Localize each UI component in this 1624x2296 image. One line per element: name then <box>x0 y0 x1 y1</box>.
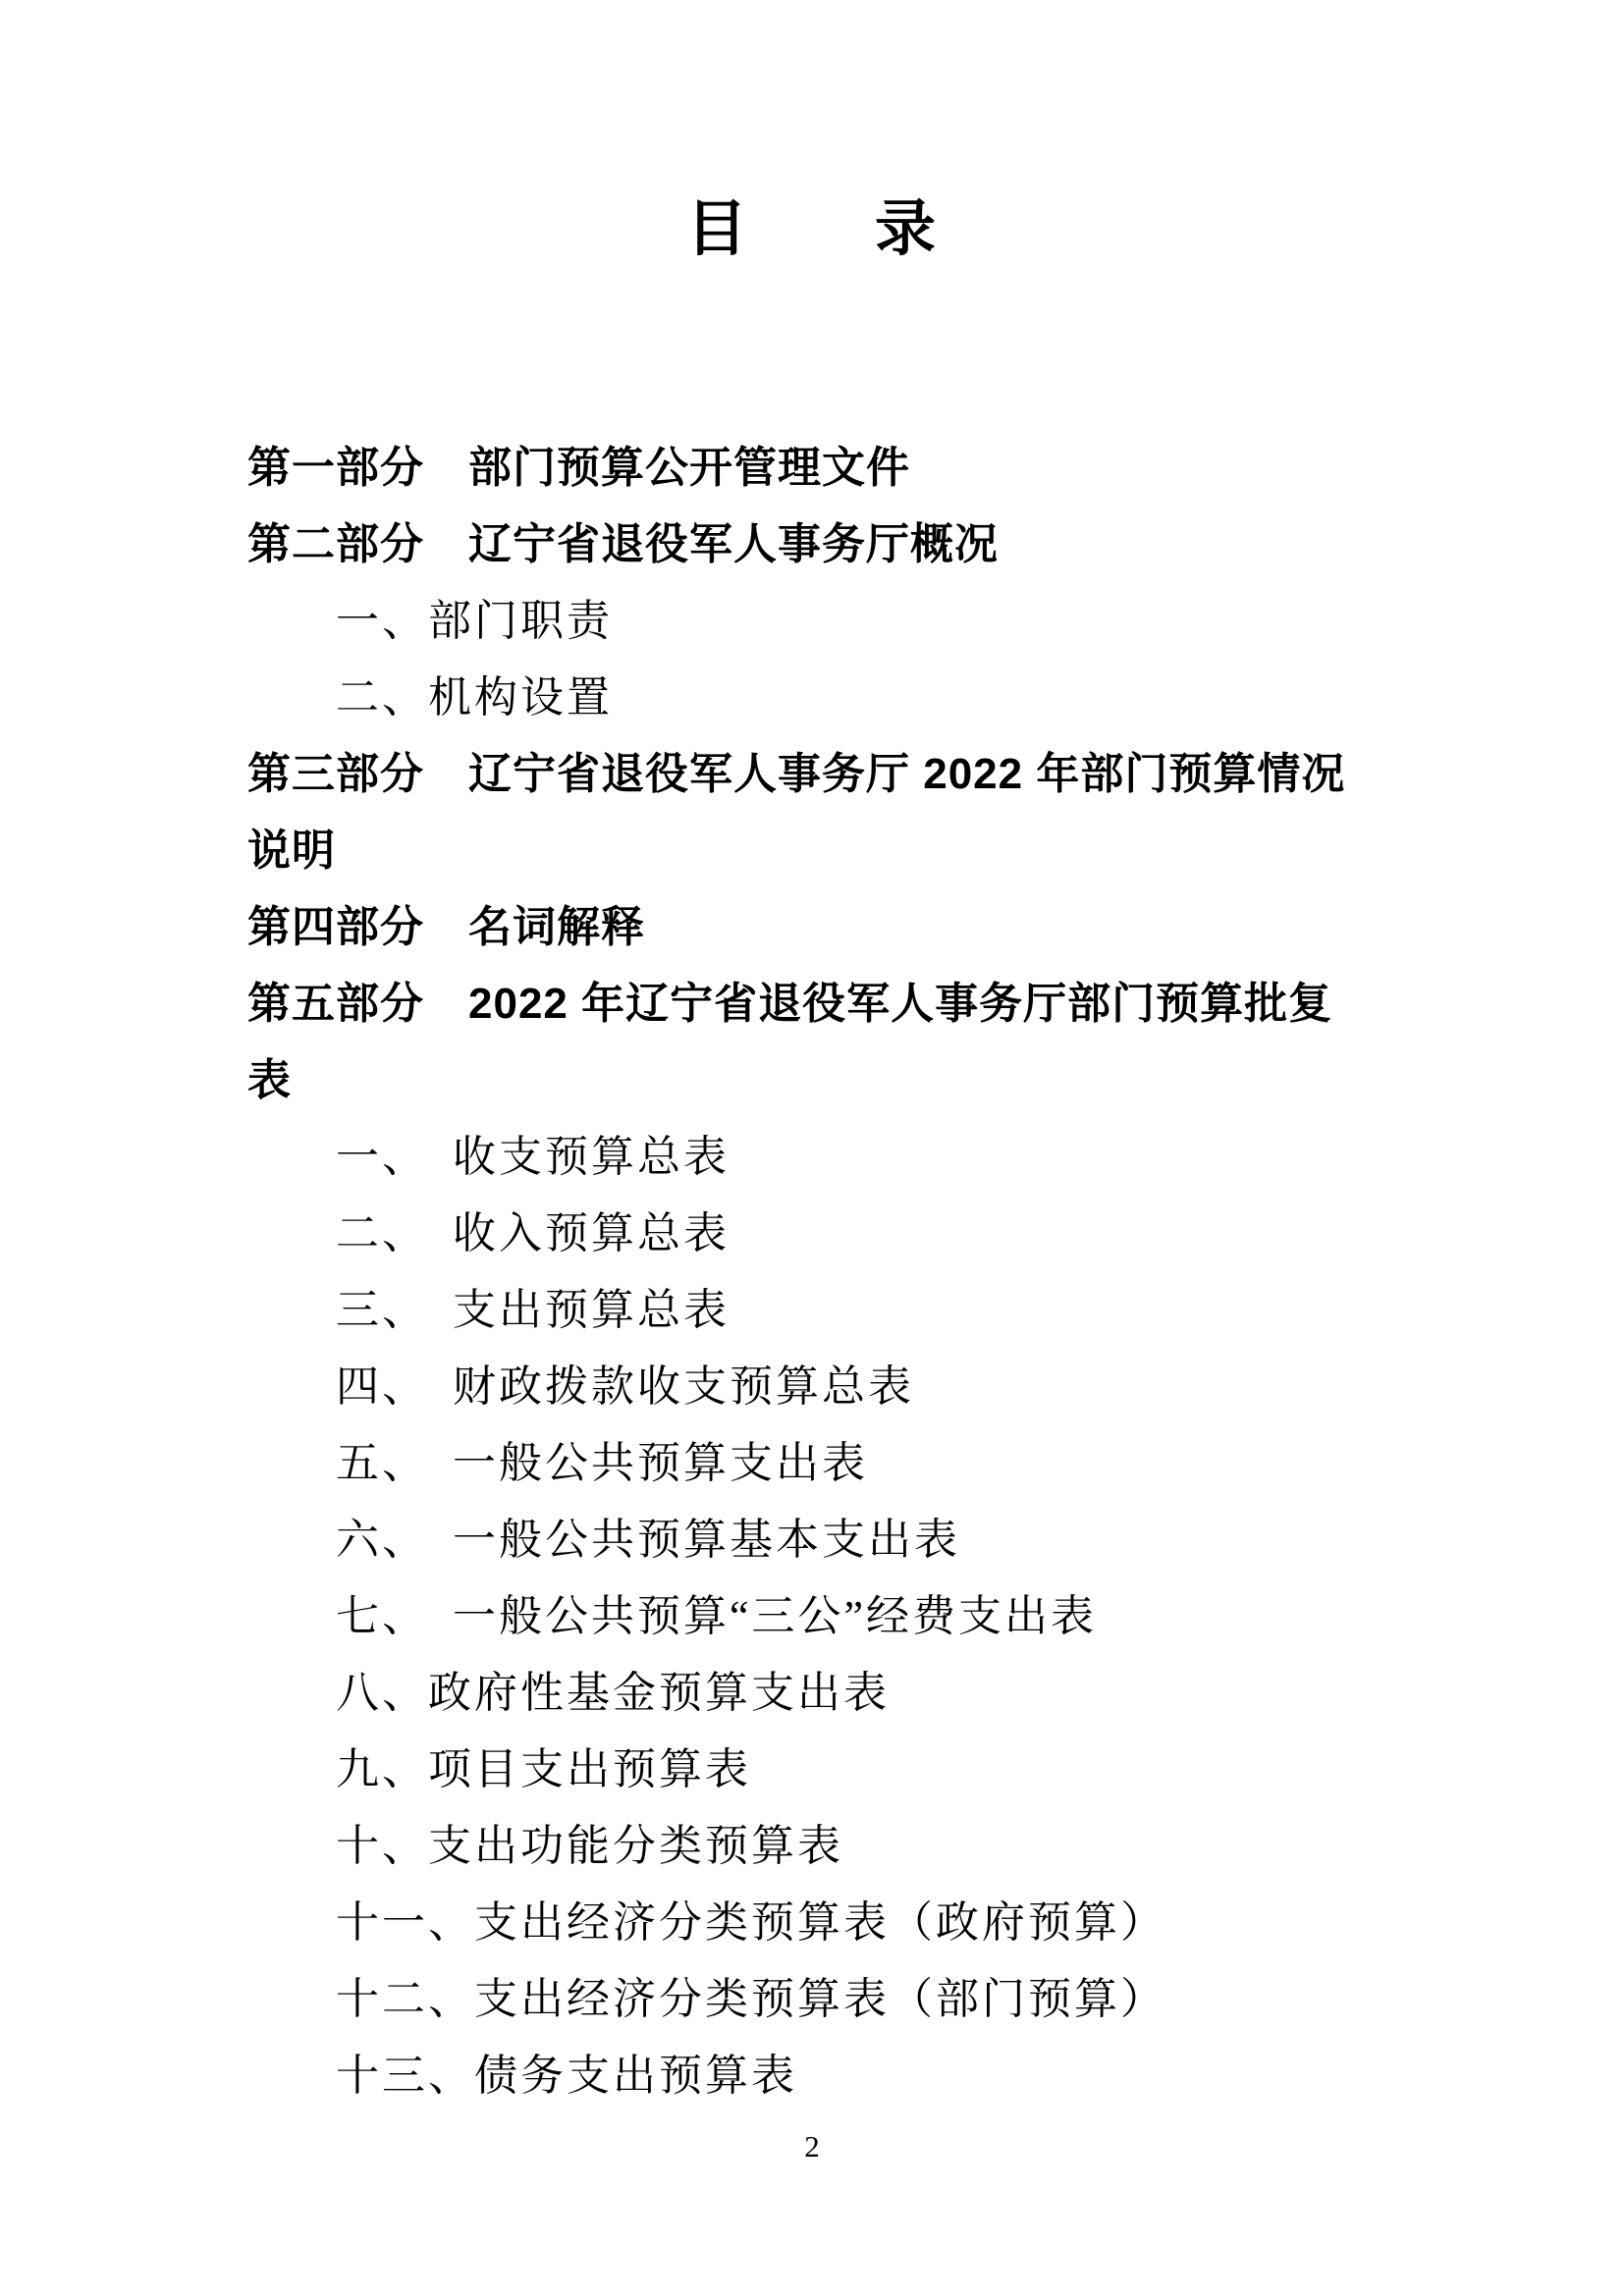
toc-entry-part-3: 第三部分 辽宁省退役军人事务厅 2022 年部门预算情况说明 <box>247 736 1377 889</box>
toc-entry-part-2: 第二部分 辽宁省退役军人事务厅概况 <box>247 507 1377 583</box>
toc-entry-table-4: 四、 财政拨款收支预算总表 <box>336 1349 1377 1425</box>
toc-entry-table-7: 七、 一般公共预算“三公”经费支出表 <box>336 1578 1377 1655</box>
toc-entry-table-9: 九、项目支出预算表 <box>336 1732 1377 1808</box>
page-number: 2 <box>0 2128 1624 2165</box>
toc-entry-part-5: 第五部分 2022 年辽宁省退役军人事务厅部门预算批复表 <box>247 966 1377 1119</box>
toc-entry-part-1: 第一部分 部门预算公开管理文件 <box>247 430 1377 507</box>
toc-entry-table-5: 五、 一般公共预算支出表 <box>336 1425 1377 1502</box>
document-title: 目 录 <box>0 188 1624 271</box>
toc-entry-table-11: 十一、支出经济分类预算表（政府预算） <box>336 1885 1377 1961</box>
toc-entry-sub: 二、机构设置 <box>336 660 1377 736</box>
toc-entry-table-3: 三、 支出预算总表 <box>336 1272 1377 1349</box>
table-of-contents: 第一部分 部门预算公开管理文件 第二部分 辽宁省退役军人事务厅概况 一、部门职责… <box>247 430 1377 2114</box>
toc-entry-part-4: 第四部分 名词解释 <box>247 889 1377 966</box>
toc-entry-table-13: 十三、债务支出预算表 <box>336 2038 1377 2114</box>
toc-entry-table-10: 十、支出功能分类预算表 <box>336 1808 1377 1885</box>
toc-entry-table-6: 六、 一般公共预算基本支出表 <box>336 1502 1377 1578</box>
toc-entry-sub: 一、部门职责 <box>336 583 1377 660</box>
toc-entry-table-12: 十二、支出经济分类预算表（部门预算） <box>336 1961 1377 2038</box>
toc-entry-table-8: 八、政府性基金预算支出表 <box>336 1655 1377 1732</box>
document-page: 目 录 第一部分 部门预算公开管理文件 第二部分 辽宁省退役军人事务厅概况 一、… <box>0 0 1624 2296</box>
toc-entry-table-1: 一、 收支预算总表 <box>336 1119 1377 1196</box>
toc-entry-table-2: 二、 收入预算总表 <box>336 1196 1377 1272</box>
